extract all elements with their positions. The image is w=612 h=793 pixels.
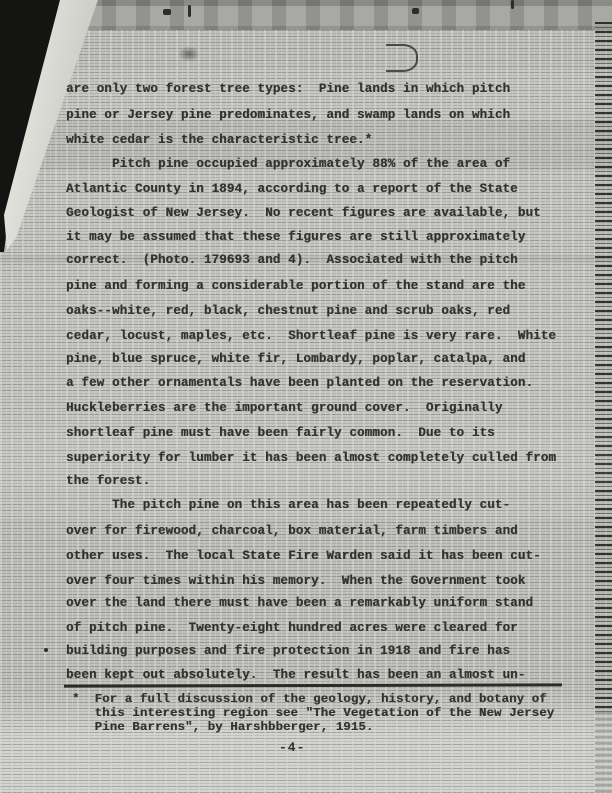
page-number: -4- (279, 740, 305, 755)
text-line: pine and forming a considerable portion … (66, 279, 525, 294)
paperclip-curve-mark (386, 44, 418, 72)
speck-mark (188, 5, 191, 17)
text-line: over for firewood, charcoal, box materia… (66, 524, 518, 539)
text-line: over the land there must have been a rem… (66, 596, 533, 611)
text-line: other uses. The local State Fire Warden … (66, 549, 541, 564)
text-line: * For a full discussion of the geology, … (72, 692, 547, 706)
text-line: over four times within his memory. When … (66, 574, 525, 589)
text-line: superiority for lumber it has been almos… (66, 451, 556, 466)
text-line: of pitch pine. Twenty-eight hundred acre… (66, 621, 518, 636)
text-line: pine, blue spruce, white fir, Lombardy, … (66, 352, 525, 367)
speck-mark (511, 0, 514, 9)
page-right-edge-shadow (595, 22, 612, 712)
text-line: pine or Jersey pine predominates, and sw… (66, 108, 510, 123)
text-line: this interesting region see "The Vegetat… (72, 706, 554, 720)
speck-mark (163, 9, 171, 15)
text-line: are only two forest tree types: Pine lan… (66, 82, 510, 97)
text-line: the forest. (66, 474, 150, 489)
text-line: correct. (Photo. 179693 and 4). Associat… (66, 253, 518, 268)
scanned-document-page: are only two forest tree types: Pine lan… (0, 0, 612, 793)
text-line: Geologist of New Jersey. No recent figur… (66, 206, 541, 221)
text-line: The pitch pine on this area has been rep… (112, 498, 510, 513)
text-line: Atlantic County in 1894, according to a … (66, 182, 518, 197)
text-line: Pine Barrens", by Harshbberger, 1915. (72, 720, 373, 734)
text-line: been kept out absolutely. The result has… (66, 668, 525, 683)
text-line: a few other ornamentals have been plante… (66, 376, 533, 391)
text-line: Pitch pine occupied approximately 88% of… (112, 157, 510, 172)
text-line: it may be assumed that these figures are… (66, 230, 525, 245)
page-right-edge-shadow-fade (595, 712, 612, 793)
speck-mark (44, 648, 48, 652)
smudge-mark (178, 46, 200, 62)
text-line: Huckleberries are the important ground c… (66, 401, 502, 416)
speck-mark (412, 8, 419, 14)
text-line: oaks--white, red, black, chestnut pine a… (66, 304, 510, 319)
text-line: shortleaf pine must have been fairly com… (66, 426, 495, 441)
text-line: building purposes and fire protection in… (66, 644, 510, 659)
text-line: white cedar is the characteristic tree.* (66, 133, 372, 148)
text-line: cedar, locust, maples, etc. Shortleaf pi… (66, 329, 556, 344)
